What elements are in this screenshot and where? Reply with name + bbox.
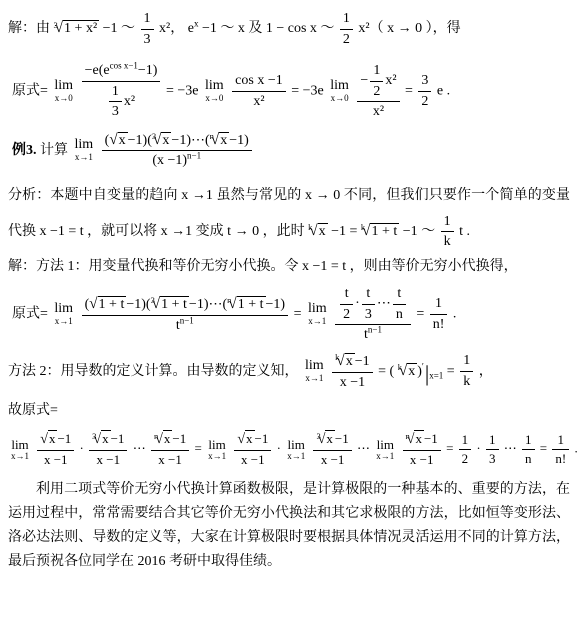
- fraction-numerator: 1: [109, 83, 122, 103]
- text-run: 计算: [40, 142, 68, 157]
- text-run: = −3e: [291, 83, 324, 98]
- limit-word: lim: [330, 79, 349, 94]
- limit-subscript: x→0: [205, 94, 224, 104]
- radicand: x: [318, 223, 328, 239]
- limit-word: lim: [205, 79, 224, 94]
- radical-sign-icon: √: [93, 431, 101, 449]
- radicand: x: [219, 132, 229, 148]
- fraction-numerator: n√x−1: [151, 431, 189, 451]
- radical-sign-icon: √: [152, 295, 160, 314]
- fraction-denominator: tn−1: [335, 325, 411, 344]
- radical: √x: [109, 133, 127, 148]
- exponent: n−1: [187, 151, 201, 161]
- text-run: x²: [124, 94, 135, 109]
- radical: k√x: [308, 224, 328, 239]
- fraction-denominator: x −1: [37, 451, 74, 468]
- radical-sign-icon: √: [89, 295, 97, 314]
- fraction: 32: [418, 72, 431, 110]
- fraction-numerator: 1: [430, 295, 448, 315]
- fraction-denominator: 2: [340, 30, 353, 49]
- fraction-denominator: 3: [362, 305, 375, 324]
- fraction: √x−1x −1: [234, 431, 271, 468]
- limit: limx→1: [75, 138, 94, 163]
- fraction: n√x−1x −1: [151, 431, 189, 468]
- text-run: −1: [111, 431, 125, 446]
- limit-word: lim: [287, 438, 305, 452]
- ellipsis: ⋯: [133, 441, 146, 456]
- radicand: 1 + t: [160, 296, 189, 312]
- document-page: 解：由 3√1 + x² −1 ～ 13 x²， ex −1 ～ x 及 1 −…: [0, 0, 580, 574]
- limit-word: lim: [75, 138, 94, 153]
- fraction-denominator: 2: [370, 82, 383, 101]
- radical-sign-icon: √: [40, 431, 48, 449]
- text-run: 方法 2：用导数的定义计算。由导数的定义知，: [8, 364, 299, 379]
- limit-subscript: x→0: [54, 94, 73, 104]
- fraction-denominator: (x −1)n−1: [102, 151, 252, 170]
- limit: limx→1: [305, 359, 324, 384]
- limit-subscript: x→1: [208, 452, 226, 462]
- fraction-numerator: √x−1: [234, 431, 271, 451]
- fraction-numerator: t: [362, 285, 375, 305]
- closing-paragraph: 利用二项式等价无穷小代换计算函数极限，是计算极限的一种基本的、重要的方法，在运用…: [8, 478, 570, 574]
- radicand: 1 + t: [370, 223, 399, 239]
- method2-line: 方法 2：用导数的定义计算。由导数的定义知， limx→1 k√x−1 x −1…: [8, 352, 570, 391]
- fraction-numerator: 1: [522, 432, 535, 450]
- radicand: x: [118, 132, 128, 148]
- fraction: (√1 + t−1)(3√1 + t−1)⋯(n√1 + t−1) tn−1: [82, 295, 288, 334]
- exponent: n−1: [368, 324, 382, 334]
- limit-word: lim: [305, 359, 324, 374]
- text-run: −1 ～: [103, 21, 135, 36]
- solution-intro-line: 解：由 3√1 + x² −1 ～ 13 x²， ex −1 ～ x 及 1 −…: [8, 10, 570, 48]
- radical-sign-icon: √: [55, 18, 63, 40]
- limit-subscript: x→1: [11, 452, 29, 462]
- radical: 3√x: [152, 133, 172, 148]
- limit: limx→1: [287, 438, 305, 462]
- fraction-denominator: n!: [552, 450, 569, 467]
- exponent: n−1: [180, 315, 194, 325]
- fraction-numerator: 1: [141, 10, 154, 30]
- text-run: = −3e: [166, 83, 199, 98]
- fraction: 13: [109, 83, 122, 121]
- period: .: [574, 441, 577, 456]
- fraction-numerator: n√x−1: [403, 431, 441, 451]
- example-label: 例3.: [12, 142, 37, 157]
- fraction-denominator: 2: [418, 92, 431, 111]
- fraction-numerator: t: [393, 285, 406, 305]
- text-run: −1 =: [331, 224, 357, 239]
- text-run: 分析：本题中自变量的趋向 x →1 虽然与常见的 x → 0 不同，但我们只要作…: [8, 188, 570, 239]
- text-run: 原式=: [12, 307, 48, 322]
- limit: limx→1: [308, 302, 327, 327]
- fraction: 3√x−1x −1: [313, 431, 351, 468]
- limit-word: lim: [11, 438, 29, 452]
- fraction-numerator: √x−1: [37, 431, 74, 451]
- radicand: x: [161, 132, 171, 148]
- fraction-denominator: 3: [109, 102, 122, 121]
- operator-dot: ·: [277, 441, 281, 456]
- conclusion-lead: 故原式=: [8, 401, 570, 421]
- text-run: = (: [378, 364, 394, 379]
- limit: limx→1: [208, 438, 226, 462]
- fraction-numerator: 3: [418, 72, 431, 92]
- fraction-numerator: 1: [460, 352, 473, 372]
- fraction: 3√x−1x −1: [89, 431, 127, 468]
- fraction: 1k: [460, 352, 473, 390]
- fraction: t3: [362, 285, 375, 323]
- radical: √1 + t: [89, 297, 126, 312]
- limit-word: lim: [308, 302, 327, 317]
- radical: n√x: [154, 431, 172, 446]
- analysis-paragraph: 分析：本题中自变量的趋向 x →1 虽然与常见的 x → 0 不同，但我们只要作…: [8, 180, 570, 251]
- ellipsis: ⋯: [377, 296, 391, 311]
- radical-sign-icon: √: [228, 295, 236, 314]
- equals-sign: =: [540, 441, 547, 456]
- fraction-denominator: k: [441, 232, 454, 251]
- radical-sign-icon: √: [237, 431, 245, 449]
- fraction-numerator: (√1 + t−1)(3√1 + t−1)⋯(n√1 + t−1): [82, 295, 288, 316]
- exponent: x: [194, 19, 199, 29]
- text-run: −1: [335, 431, 349, 446]
- fraction: 1n: [522, 432, 535, 468]
- method1-formula: 原式= limx→1 (√1 + t−1)(3√1 + t−1)⋯(n√1 + …: [12, 285, 570, 344]
- fraction-denominator: x²: [357, 102, 399, 121]
- limit: limx→0: [205, 79, 224, 104]
- limit-word: lim: [54, 302, 73, 317]
- fraction-denominator: n: [522, 450, 535, 467]
- radical: 3√1 + x²: [54, 21, 100, 36]
- prime-mark: ′: [422, 361, 424, 371]
- fraction-numerator: 1: [340, 10, 353, 30]
- text-run: −1)(: [126, 297, 150, 312]
- text-run: =: [405, 83, 413, 98]
- text-run: −1 ～ x 及 1 − cos x ～: [202, 21, 334, 36]
- radical-sign-icon: √: [399, 361, 407, 383]
- minus-sign: −: [360, 73, 368, 88]
- radicand: 1 + t: [237, 296, 266, 312]
- text-run: =: [416, 307, 424, 322]
- fraction-denominator: x −1: [89, 451, 127, 468]
- text-run: e .: [437, 83, 450, 98]
- limit-subscript: x→1: [75, 153, 94, 163]
- limit-word: lim: [208, 438, 226, 452]
- text-run: 利用二项式等价无穷小代换计算函数极限，是计算极限的一种基本的、重要的方法，在运用…: [8, 482, 570, 569]
- radical: √x: [40, 431, 57, 446]
- fraction-denominator: x −1: [313, 451, 351, 468]
- fraction-numerator: −12x²: [357, 62, 399, 102]
- fraction-denominator: x −1: [151, 451, 189, 468]
- fraction: −e(ecos x−1−1) 13x²: [82, 62, 161, 121]
- radical-sign-icon: √: [109, 131, 117, 150]
- radical: 3√x: [92, 431, 110, 446]
- ellipsis: ⋯: [504, 441, 517, 456]
- radical: 3√x: [316, 431, 334, 446]
- fraction-numerator: 3√x−1: [313, 431, 351, 451]
- text-run: t .: [459, 224, 470, 239]
- radical: k√x: [398, 364, 418, 379]
- radicand: x: [245, 430, 255, 446]
- radical: n√1 + t: [227, 297, 265, 312]
- fraction: −12x² x²: [357, 62, 399, 121]
- fraction-numerator: cos x −1: [232, 72, 286, 92]
- limit-subscript: x→1: [54, 317, 73, 327]
- fraction-denominator: n: [393, 305, 406, 324]
- operator-dot: ·: [476, 441, 480, 456]
- radical-sign-icon: √: [309, 214, 317, 250]
- fraction-denominator: k: [460, 372, 473, 391]
- fraction-numerator: k√x−1: [332, 352, 372, 373]
- fraction: k√x−1 x −1: [332, 352, 372, 391]
- text-run: −1: [255, 431, 269, 446]
- radical-sign-icon: √: [155, 431, 163, 449]
- fraction: 13: [486, 432, 499, 468]
- limit-subscript: x→1: [376, 452, 394, 462]
- fraction-denominator: 2: [340, 305, 353, 324]
- fraction: 1k: [441, 213, 454, 251]
- evaluation-subscript: x=1: [429, 370, 443, 380]
- equals-sign: =: [446, 441, 453, 456]
- text-run: 解：由: [8, 21, 50, 36]
- text-run: −1: [57, 431, 71, 446]
- radicand: 1 + t: [98, 296, 127, 312]
- fraction-denominator: 13x²: [82, 82, 161, 121]
- radical: n√x: [210, 133, 230, 148]
- radical: √x: [237, 431, 254, 446]
- fraction-denominator: 2: [459, 450, 472, 467]
- radical: k√1 + t: [361, 224, 399, 239]
- radicand: x: [345, 353, 355, 369]
- fraction: t2: [340, 285, 353, 323]
- radical-sign-icon: √: [211, 131, 219, 150]
- fraction-denominator: 3: [141, 30, 154, 49]
- text-run: x²: [385, 73, 396, 88]
- text-run: 故原式=: [8, 403, 58, 418]
- exponent: cos x−1: [110, 60, 138, 70]
- ellipsis: ⋯: [357, 441, 370, 456]
- text-run: −1): [138, 63, 158, 78]
- text-run: −1: [172, 431, 186, 446]
- radicand: x: [163, 430, 173, 446]
- text-run: ，: [479, 364, 493, 379]
- fraction-denominator: x −1: [234, 451, 271, 468]
- radicand: x: [414, 430, 424, 446]
- limit: limx→1: [54, 302, 73, 327]
- text-run: x²（ x → 0 ），得: [358, 21, 460, 36]
- radical-sign-icon: √: [336, 352, 344, 371]
- text-run: =: [447, 364, 455, 379]
- fraction-numerator: t2·t3⋯tn: [335, 285, 411, 325]
- limit: limx→0: [54, 79, 73, 104]
- limit-word: lim: [54, 79, 73, 94]
- text-run: 原式=: [12, 83, 48, 98]
- radicand: x: [325, 430, 335, 446]
- text-run: x²， e: [159, 21, 194, 36]
- limit-subscript: x→1: [308, 317, 327, 327]
- fraction: tn: [393, 285, 406, 323]
- final-chain-formula: limx→1 √x−1x −1 · 3√x−1x −1 ⋯ n√x−1x −1 …: [8, 431, 570, 468]
- text-run: −1)⋯(: [171, 133, 209, 148]
- fraction-denominator: tn−1: [82, 316, 288, 335]
- text-run: −1: [424, 431, 438, 446]
- fraction-numerator: −e(ecos x−1−1): [82, 62, 161, 82]
- fraction-numerator: 1: [486, 432, 499, 450]
- fraction-numerator: 1: [441, 213, 454, 233]
- fraction-denominator: x²: [232, 92, 286, 111]
- fraction-numerator: t: [340, 285, 353, 305]
- example2-solution-formula: 原式= limx→0 −e(ecos x−1−1) 13x² = −3e lim…: [12, 62, 570, 121]
- limit-subscript: x→0: [330, 94, 349, 104]
- limit-subscript: x→1: [305, 374, 324, 384]
- text-run: −1): [266, 297, 286, 312]
- fraction-denominator: x −1: [332, 373, 372, 392]
- text-run: −1 ～: [403, 224, 435, 239]
- text-run: 解：方法 1：用变量代换和等价无穷小代换。令 x −1 = t ，则由等价无穷小…: [8, 259, 518, 274]
- radicand: x: [101, 430, 111, 446]
- fraction-denominator: n!: [430, 315, 448, 334]
- fraction: n√x−1x −1: [403, 431, 441, 468]
- fraction: (√x−1)(3√x−1)⋯(n√x−1) (x −1)n−1: [102, 131, 252, 170]
- limit-subscript: x→1: [287, 452, 305, 462]
- fraction-numerator: 1: [552, 432, 569, 450]
- text-run: −1: [355, 354, 370, 369]
- fraction: 13: [141, 10, 154, 48]
- text-run: −1)(: [128, 133, 152, 148]
- text-run: .: [453, 307, 457, 322]
- limit-word: lim: [376, 438, 394, 452]
- equals-sign: =: [194, 441, 201, 456]
- radicand: x: [407, 363, 417, 379]
- fraction-denominator: x −1: [403, 451, 441, 468]
- fraction-numerator: (√x−1)(3√x−1)⋯(n√x−1): [102, 131, 252, 152]
- radicand: 1 + x²: [63, 20, 99, 36]
- fraction-numerator: 1: [370, 62, 383, 82]
- text-run: =: [294, 307, 302, 322]
- operator-dot: ·: [355, 296, 360, 311]
- operator-dot: ·: [80, 441, 84, 456]
- text-run: −1): [229, 133, 249, 148]
- text-run: −e(e: [85, 63, 110, 78]
- limit: limx→1: [11, 438, 29, 462]
- fraction: cos x −1x²: [232, 72, 286, 110]
- radical: 3√1 + t: [151, 297, 189, 312]
- radical: k√x: [335, 354, 355, 369]
- fraction: √x−1x −1: [37, 431, 74, 468]
- radical: n√x: [406, 431, 424, 446]
- limit: limx→0: [330, 79, 349, 104]
- fraction-numerator: 1: [459, 432, 472, 450]
- text-run: −1)⋯(: [189, 297, 227, 312]
- fraction: 12: [340, 10, 353, 48]
- fraction: 12: [370, 62, 383, 100]
- fraction: 12: [459, 432, 472, 468]
- fraction: t2·t3⋯tn tn−1: [335, 285, 411, 344]
- fraction: 1n!: [430, 295, 448, 333]
- fraction: 1n!: [552, 432, 569, 468]
- example3-heading: 例3. 计算 limx→1 (√x−1)(3√x−1)⋯(n√x−1) (x −…: [12, 131, 570, 170]
- fraction-denominator: 3: [486, 450, 499, 467]
- limit: limx→1: [376, 438, 394, 462]
- fraction-numerator: 3√x−1: [89, 431, 127, 451]
- text-run: (x −1): [152, 153, 187, 168]
- method1-line: 解：方法 1：用变量代换和等价无穷小代换。令 x −1 = t ，则由等价无穷小…: [8, 257, 570, 277]
